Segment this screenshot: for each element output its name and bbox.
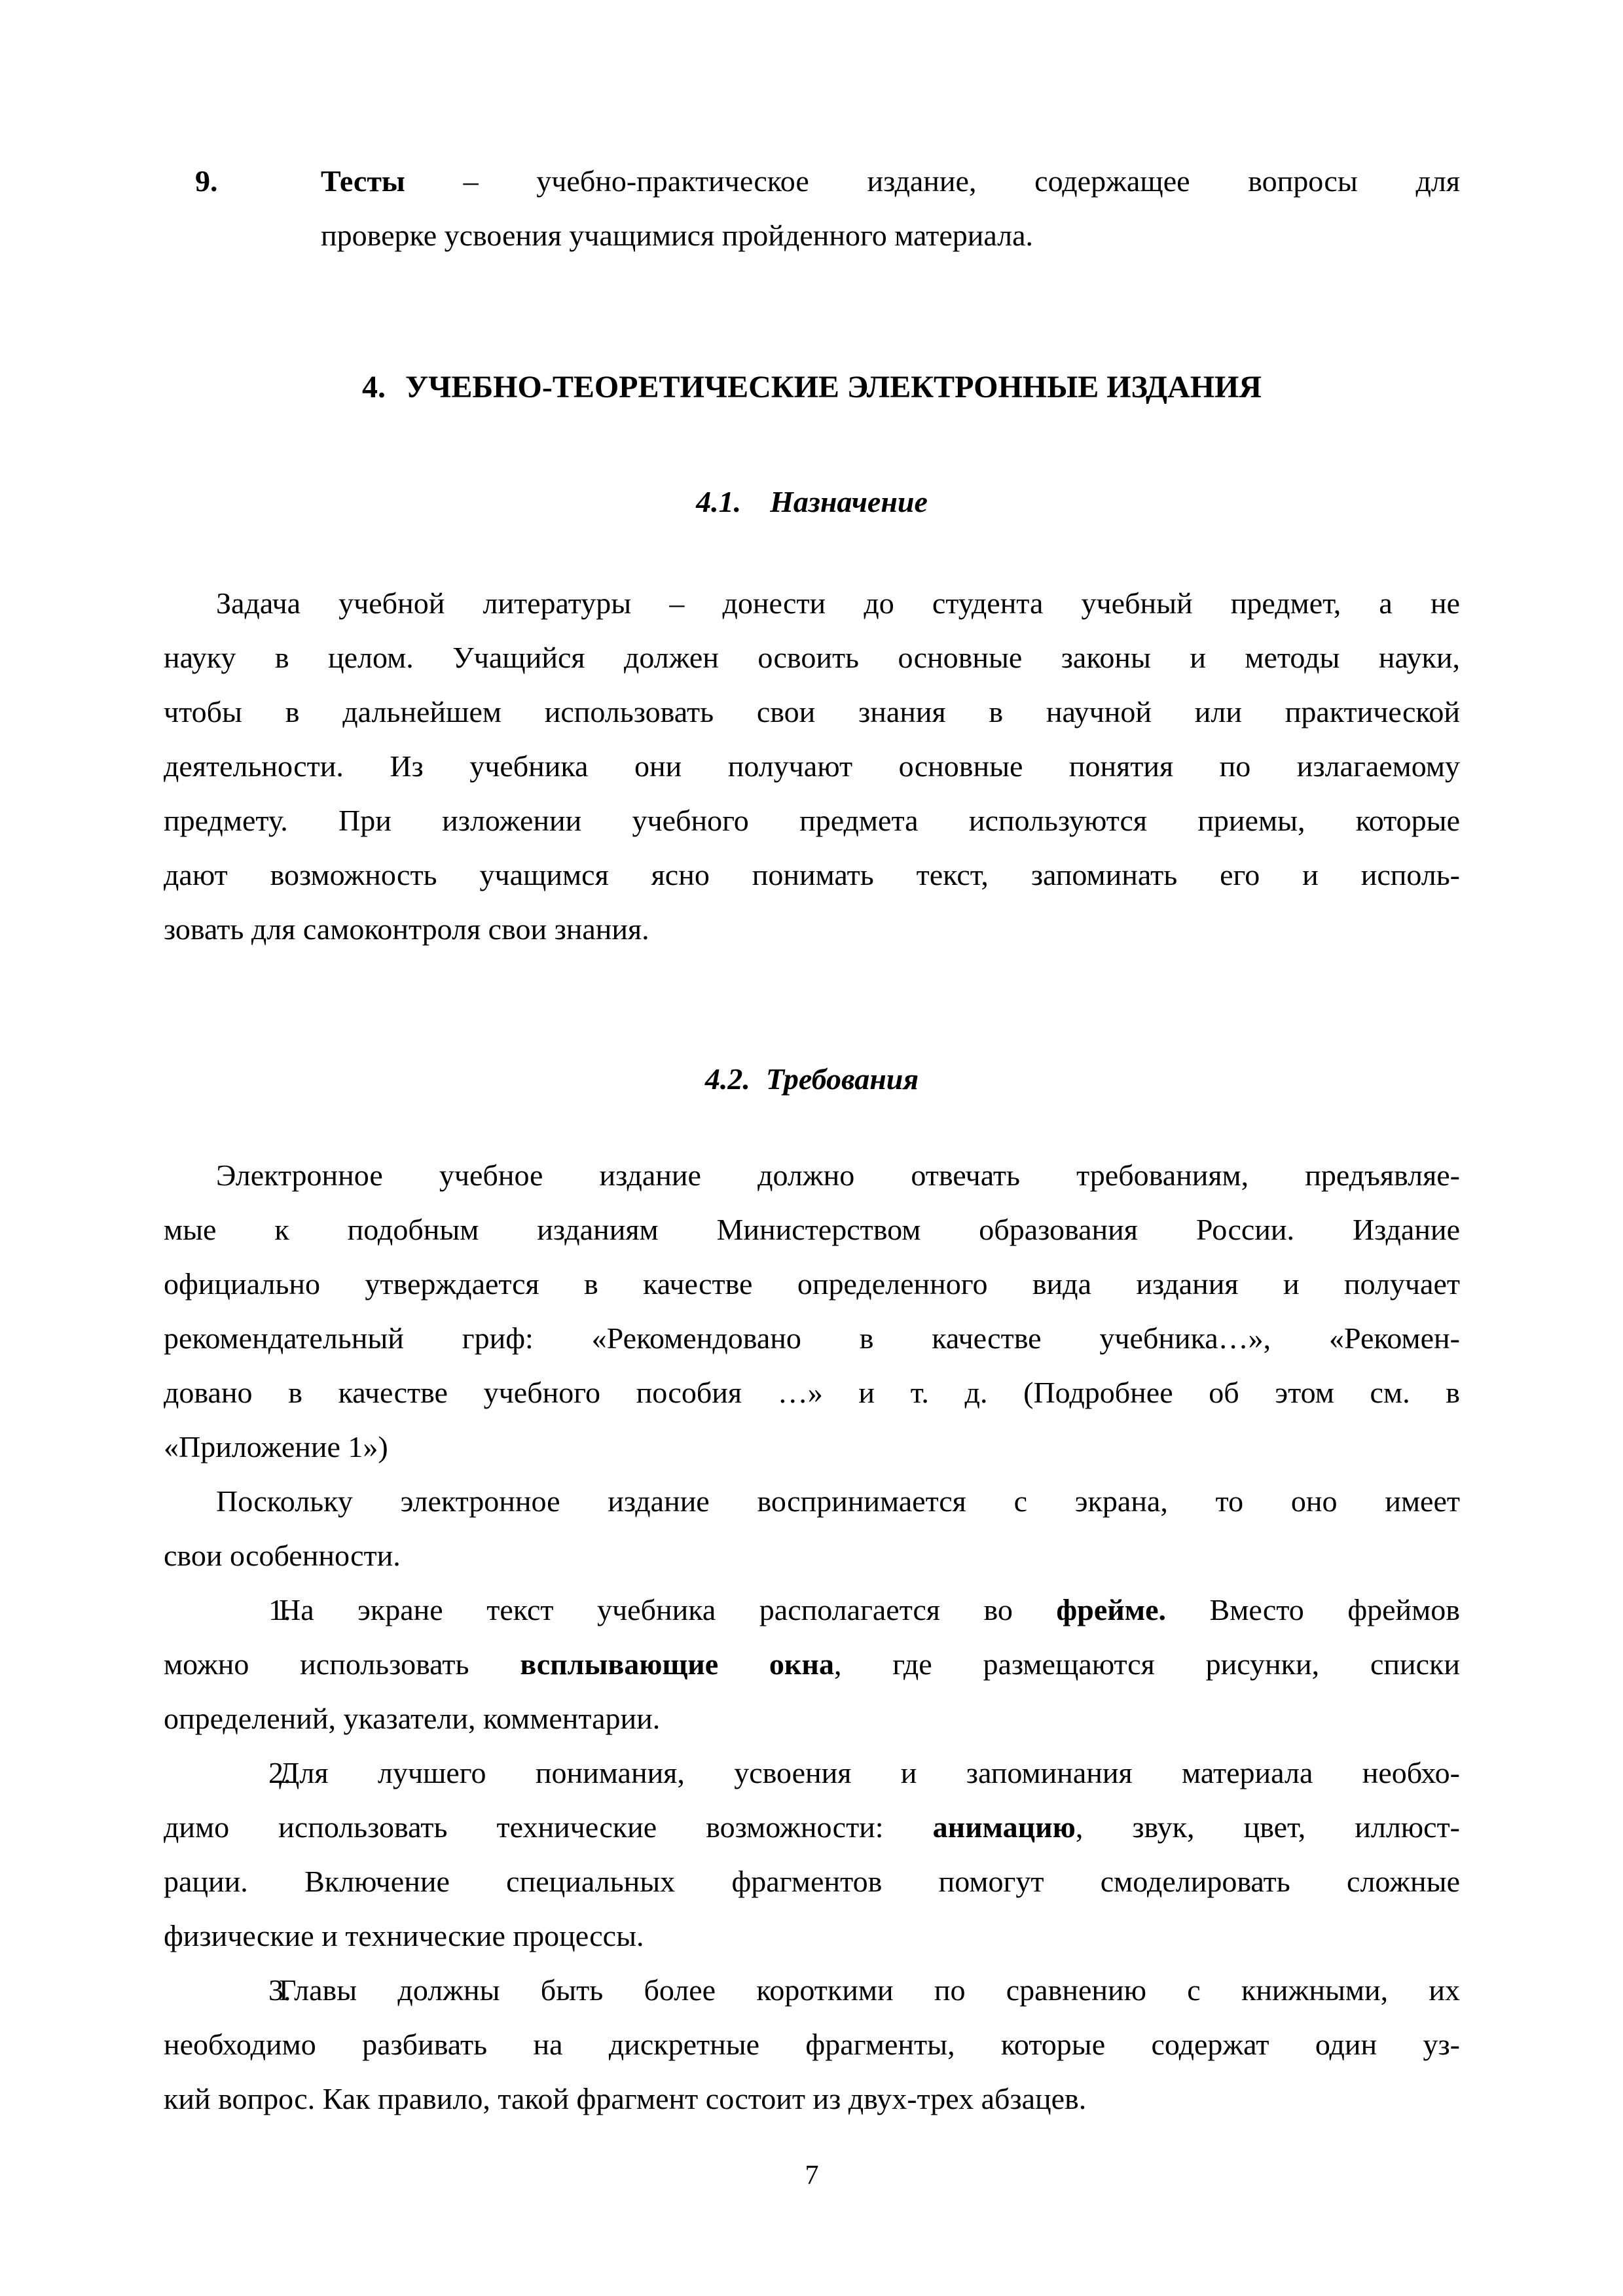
text-line: димо использовать технические возможност… — [164, 1800, 1460, 1854]
text-line: 1.На экране текст учебника располагается… — [164, 1583, 1460, 1637]
document-page: 9.Тесты – учебно-практическое издание, с… — [0, 0, 1623, 2296]
text-line: предмету. При изложении учебного предмет… — [164, 793, 1460, 848]
section-title: УЧЕБНО-ТЕОРЕТИЧЕСКИЕ ЭЛЕКТРОННЫЕ ИЗДАНИЯ — [405, 370, 1262, 404]
list-marker: 2. — [216, 1746, 279, 1800]
subsection-number: 4.1. — [696, 485, 741, 518]
list-item-9: 9.Тесты – учебно-практическое издание, с… — [164, 154, 1460, 262]
section-number: 4. — [362, 370, 386, 404]
text-line: физические и технические процессы. — [164, 1909, 1460, 1963]
text-line: официально утверждается в качестве опред… — [164, 1257, 1460, 1311]
text-line: чтобы в дальнейшем использовать свои зна… — [164, 685, 1460, 739]
paragraph-naznachenie: Задача учебной литературы – донести до с… — [164, 576, 1460, 956]
text-line: 3.Главы должны быть более короткими по с… — [164, 1963, 1460, 2017]
numbered-item-2: 2.Для лучшего понимания, усвоения и запо… — [164, 1746, 1460, 1963]
text-line: науку в целом. Учащийся должен освоить о… — [164, 630, 1460, 685]
text-line: кий вопрос. Как правило, такой фрагмент … — [164, 2072, 1460, 2126]
text-line: проверке усвоения учащимися пройденного … — [321, 208, 1460, 262]
subsection-title: Требования — [766, 1062, 919, 1096]
text-line: довано в качестве учебного пособия …» и … — [164, 1365, 1460, 1420]
text-line: Электронное учебное издание должно отвеч… — [164, 1148, 1460, 1202]
text-line: рекомендательный гриф: «Рекомендовано в … — [164, 1311, 1460, 1365]
text-line: необходимо разбивать на дискретные фрагм… — [164, 2017, 1460, 2072]
page-number: 7 — [164, 2149, 1460, 2203]
subsection-title: Назначение — [770, 485, 928, 518]
numbered-item-3: 3.Главы должны быть более короткими по с… — [164, 1963, 1460, 2126]
subsection-heading-4-1: 4.1.Назначение — [164, 475, 1460, 529]
paragraph-trebovaniya-intro: Электронное учебное издание должно отвеч… — [164, 1148, 1460, 1474]
subsection-heading-4-2: 4.2.Требования — [164, 1052, 1460, 1106]
text-line: «Приложение 1») — [164, 1420, 1460, 1474]
text-line: рации. Включение специальных фрагментов … — [164, 1854, 1460, 1909]
text-line: 9.Тесты – учебно-практическое издание, с… — [321, 154, 1460, 208]
text-line: свои особенности. — [164, 1528, 1460, 1583]
page-content: 9.Тесты – учебно-практическое издание, с… — [164, 0, 1460, 2203]
text-line: Поскольку электронное издание воспринима… — [164, 1474, 1460, 1528]
text-line: дают возможность учащимся ясно понимать … — [164, 848, 1460, 902]
section-heading: 4.УЧЕБНО-ТЕОРЕТИЧЕСКИЕ ЭЛЕКТРОННЫЕ ИЗДАН… — [164, 360, 1460, 414]
list-marker: 1. — [216, 1583, 279, 1637]
text-line: мые к подобным изданиям Министерством об… — [164, 1202, 1460, 1257]
text-line: можно использовать всплывающие окна, где… — [164, 1637, 1460, 1691]
list-marker: 3. — [216, 1963, 279, 2017]
text-line: 2.Для лучшего понимания, усвоения и запо… — [164, 1746, 1460, 1800]
text-line: деятельности. Из учебника они получают о… — [164, 739, 1460, 793]
numbered-item-1: 1.На экране текст учебника располагается… — [164, 1583, 1460, 1746]
list-marker: 9. — [258, 154, 321, 208]
paragraph-screen-features: Поскольку электронное издание воспринима… — [164, 1474, 1460, 1583]
subsection-number: 4.2. — [705, 1062, 750, 1096]
text-line: зовать для самоконтроля свои знания. — [164, 902, 1460, 956]
text-line: определений, указатели, комментарии. — [164, 1691, 1460, 1746]
text-line: Задача учебной литературы – донести до с… — [164, 576, 1460, 630]
